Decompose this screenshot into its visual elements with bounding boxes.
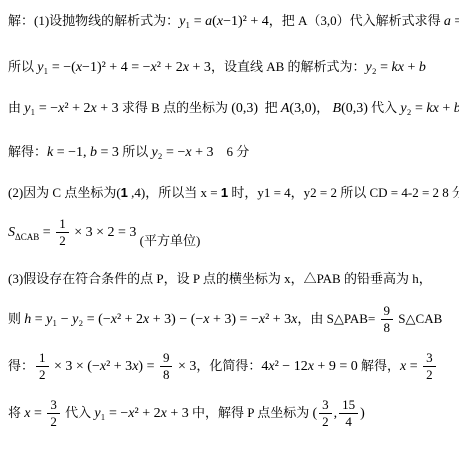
text-run: ，由 S△PAB= [297, 310, 378, 325]
text-run: 把 [258, 100, 281, 115]
fraction: 12 [36, 351, 49, 383]
text-run: 代入 [368, 100, 401, 115]
text-run: ，化简得： [196, 358, 261, 373]
solution-line: SΔCAB = 12 × 3 × 2 = 3 (平方单位) [8, 217, 453, 249]
bold-text-run: 1 [121, 185, 128, 200]
fraction: 98 [381, 304, 394, 336]
solution-line: 则 h = y₁ − y₂ = (−x² + 2x + 3) − (−x + 3… [8, 304, 453, 336]
math-run: × 3 × (−x² + 3x) = [51, 359, 158, 374]
fraction-denominator: 2 [56, 233, 69, 248]
text-run: (3)假设存在符合条件的点 P，设 P 点的横坐标为 x，△PAB 的铅垂高为 … [8, 271, 432, 286]
math-run: y₂ = −x + 3 [151, 145, 213, 160]
math-run: (0,3) [231, 101, 258, 116]
fraction-denominator: 2 [47, 414, 60, 429]
text-run: 则 [8, 310, 24, 325]
solution-line: 将 x = 32 代入 y₁ = −x² + 2x + 3 中，解得 P 点坐标… [8, 398, 453, 430]
text-run: 由 [8, 100, 24, 115]
text-run: ， [316, 100, 332, 115]
solution-document: 解：(1)设抛物线的解析式为：y₁ = a(x−1)² + 4，把 A（3,0）… [0, 0, 459, 473]
fraction-denominator: 2 [36, 367, 49, 382]
fraction-denominator: 4 [339, 414, 358, 429]
text-run: 6 分 [213, 144, 249, 159]
math-run: y₁ = −x² + 2x + 3 [94, 406, 188, 421]
math-run: y₂ = kx + b [366, 60, 426, 75]
fraction: 12 [56, 217, 69, 249]
text-run: 得： [8, 358, 34, 373]
fraction: 154 [339, 398, 358, 430]
text-run: 将 [8, 405, 24, 420]
solution-line: (2)因为 C 点坐标为(1 ,4)，所以当 x = 1 时，y1 = 4，y2… [8, 182, 453, 204]
math-run: ( [312, 406, 317, 421]
fraction: 32 [319, 398, 332, 430]
math-run: B(0,3) [333, 101, 368, 116]
fraction: 32 [47, 398, 60, 430]
fraction-numerator: 3 [47, 398, 60, 414]
text-run: 解得： [8, 144, 47, 159]
text-run: 中，解得 P 点坐标为 [189, 405, 313, 420]
fraction-numerator: 9 [160, 351, 173, 367]
text-run: 所以 [119, 144, 152, 159]
fraction-numerator: 9 [381, 304, 394, 320]
text-run: (2)因为 C 点坐标为( [8, 185, 121, 200]
solution-line: 解得：k = −1, b = 3 所以 y₂ = −x + 3 6 分 [8, 141, 453, 164]
fraction-denominator: 8 [381, 320, 394, 335]
text-run: ，把 A（3,0）代入解析式求得 [269, 13, 444, 28]
text-run: S△CAB [395, 310, 442, 325]
fraction-numerator: 1 [36, 351, 49, 367]
math-run: x = [400, 359, 421, 374]
fraction-denominator: 2 [319, 414, 332, 429]
math-run: h = y₁ − y₂ = (−x² + 2x + 3) − (−x + 3) … [24, 311, 297, 326]
math-run: 4x² − 12x + 9 = 0 [261, 359, 357, 374]
math-run: a = −1 [444, 14, 459, 29]
subscripted-symbol: SΔCAB [8, 225, 39, 240]
math-run: y₁ = −x² + 2x + 3 [24, 101, 118, 116]
text-run: 解：(1)设抛物线的解析式为： [8, 13, 179, 28]
solution-line: 所以 y₁ = −(x−1)² + 4 = −x² + 2x + 3，设直线 A… [8, 56, 453, 79]
math-run: x = [24, 406, 45, 421]
fraction-numerator: 1 [56, 217, 69, 233]
subscript: ΔCAB [15, 232, 39, 242]
fraction-numerator: 3 [423, 351, 436, 367]
text-run: 时，y1 = 4，y2 = 2 所以 CD = 4-2 = 2 8 分 [228, 185, 459, 200]
fraction-denominator: 8 [160, 367, 173, 382]
unit-note: (平方单位) [136, 233, 200, 248]
math-run: k = −1, b = 3 [47, 145, 119, 160]
solution-line: 由 y₁ = −x² + 2x + 3 求得 B 点的坐标为 (0,3) 把 A… [8, 97, 453, 120]
solution-line: 得：12 × 3 × (−x² + 3x) = 98 × 3，化简得：4x² −… [8, 351, 453, 383]
text-run: ,4)，所以当 x = [128, 185, 221, 200]
math-run: y₂ = kx + b [400, 101, 459, 116]
fraction-numerator: 15 [339, 398, 358, 414]
bold-text-run: 1 [221, 185, 228, 200]
math-run: × 3 [174, 359, 196, 374]
math-run: y₁ = −(x−1)² + 4 = −x² + 2x + 3 [37, 60, 211, 75]
text-run: 解得， [358, 358, 400, 373]
fraction-numerator: 3 [319, 398, 332, 414]
solution-line: 解：(1)设抛物线的解析式为：y₁ = a(x−1)² + 4，把 A（3,0）… [8, 10, 453, 33]
text-run: 求得 B 点的坐标为 [119, 100, 232, 115]
fraction: 32 [423, 351, 436, 383]
solution-line: (3)假设存在符合条件的点 P，设 P 点的横坐标为 x，△PAB 的铅垂高为 … [8, 268, 453, 290]
math-run: = [39, 225, 54, 240]
math-run: ) [360, 406, 365, 421]
math-run: , [334, 406, 338, 421]
text-run: ，设直线 AB 的解析式为： [211, 59, 366, 74]
math-run: × 3 × 2 = 3 [71, 225, 137, 240]
fraction-denominator: 2 [423, 367, 436, 382]
math-run: y₁ = a(x−1)² + 4 [179, 14, 269, 29]
math-run: A(3,0) [281, 101, 316, 116]
fraction: 98 [160, 351, 173, 383]
text-run: 所以 [8, 59, 37, 74]
text-run: 代入 [62, 405, 95, 420]
